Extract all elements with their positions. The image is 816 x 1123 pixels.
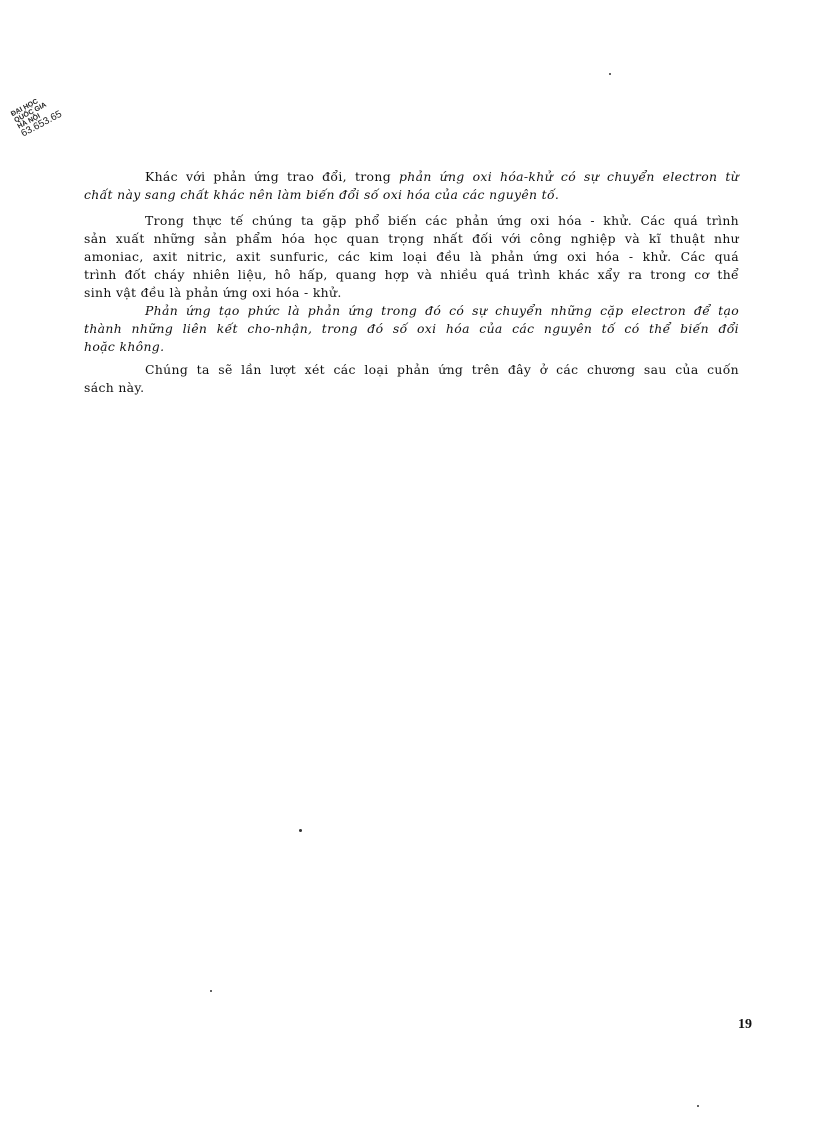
scan-speck: [697, 1105, 699, 1107]
library-stamp: ĐẠI HỌC QUỐC GIA HÀ NỘI 63.653.65: [10, 84, 82, 147]
paragraph-4-line: sách này.: [84, 379, 739, 396]
text: Trong thực tế chúng ta gặp phổ biến các …: [145, 213, 739, 228]
italic-text: phản ứng oxi hóa-khử có sự chuyển electr…: [399, 169, 739, 184]
text: trình đốt cháy nhiên liệu, hô hấp, quang…: [84, 267, 739, 282]
paragraph-3-line: thành những liên kết cho-nhận, trong đó …: [84, 320, 739, 337]
page-number: 19: [738, 1017, 752, 1033]
text: Khác với phản ứng trao đổi, trong: [145, 169, 399, 184]
text: sản xuất những sản phẩm hóa học quan trọ…: [84, 231, 739, 246]
italic-text: thành những liên kết cho-nhận, trong đó …: [84, 321, 739, 336]
paragraph-1-line: Khác với phản ứng trao đổi, trong phản ứ…: [145, 168, 739, 185]
italic-text: Phản ứng tạo phức là phản ứng trong đó c…: [145, 303, 739, 318]
scan-speck: [299, 829, 302, 832]
text: sinh vật đều là phản ứng oxi hóa - khử.: [84, 285, 342, 300]
text: amoniac, axit nitric, axit sunfuric, các…: [84, 249, 739, 264]
paragraph-2-line: amoniac, axit nitric, axit sunfuric, các…: [84, 248, 739, 265]
scan-speck: [609, 73, 611, 75]
italic-text: chất này sang chất khác nên làm biến đổi…: [84, 187, 559, 202]
document-page: ĐẠI HỌC QUỐC GIA HÀ NỘI 63.653.65 Khác v…: [0, 0, 816, 1123]
paragraph-2-line: sản xuất những sản phẩm hóa học quan trọ…: [84, 230, 739, 247]
scan-speck: [210, 990, 212, 992]
paragraph-1-line: chất này sang chất khác nên làm biến đổi…: [84, 186, 739, 203]
paragraph-2-line: sinh vật đều là phản ứng oxi hóa - khử.: [84, 284, 739, 301]
paragraph-4-line: Chúng ta sẽ lần lượt xét các loại phản ứ…: [145, 361, 739, 378]
paragraph-3-line: Phản ứng tạo phức là phản ứng trong đó c…: [145, 302, 739, 319]
text: Chúng ta sẽ lần lượt xét các loại phản ứ…: [145, 362, 739, 377]
paragraph-2-line: Trong thực tế chúng ta gặp phổ biến các …: [145, 212, 739, 229]
italic-text: hoặc không.: [84, 339, 164, 354]
paragraph-3-line: hoặc không.: [84, 338, 739, 355]
paragraph-2-line: trình đốt cháy nhiên liệu, hô hấp, quang…: [84, 266, 739, 283]
text: sách này.: [84, 380, 144, 395]
